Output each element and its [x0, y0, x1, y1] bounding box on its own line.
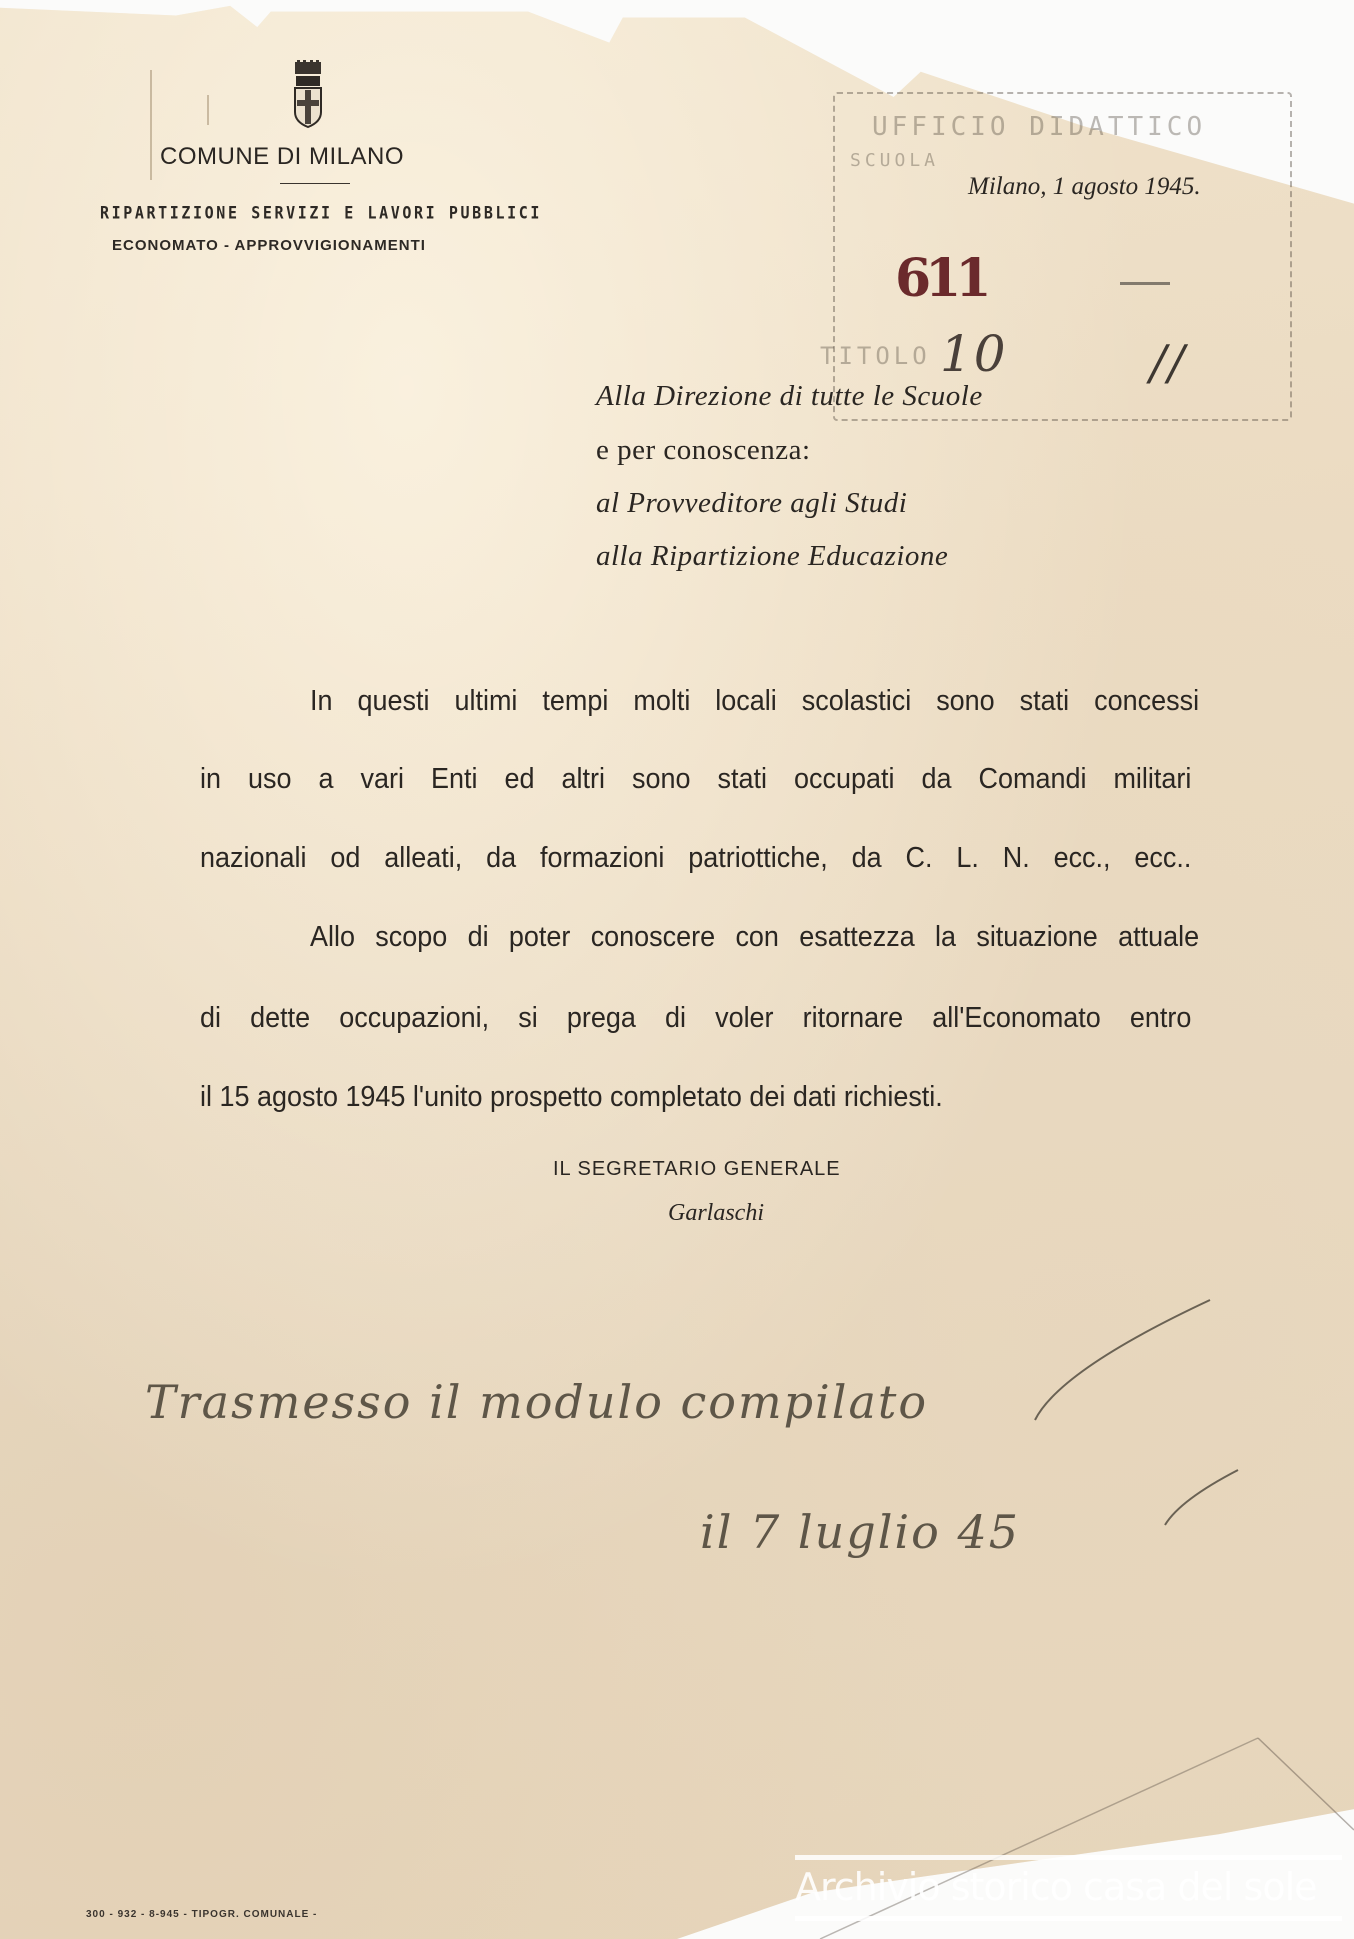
stamp-mark: //	[1150, 335, 1186, 391]
stamp-top-text: UFFICIO DIDATTICO	[872, 112, 1206, 142]
handwritten-note-line2: il 7 luglio 45	[700, 1505, 1020, 1559]
letterhead-department: RIPARTIZIONE SERVIZI E LAVORI PUBBLICI	[100, 203, 542, 224]
printer-code: 300 - 932 - 8-945 - TIPOGR. COMUNALE -	[86, 1909, 317, 1920]
stamp-title-number: 10	[940, 325, 1008, 383]
letter-date: Milano, 1 agosto 1945.	[968, 173, 1201, 201]
stamp-dash	[1120, 282, 1170, 285]
body-line: Allo scopo di poter conoscere con esatte…	[310, 921, 1199, 954]
crease-line	[150, 70, 152, 180]
recipient-cc-label: e per conoscenza:	[596, 434, 811, 467]
letterhead-office: ECONOMATO - APPROVVIGIONAMENTI	[112, 237, 426, 254]
milan-coat-of-arms-icon	[293, 60, 323, 128]
body-line: nazionali od alleati, da formazioni patr…	[200, 842, 1191, 875]
body-line: il 15 agosto 1945 l'unito prospetto comp…	[200, 1081, 1191, 1114]
recipient-cc-2: alla Ripartizione Educazione	[596, 540, 948, 573]
crease-line	[207, 95, 209, 125]
letterhead-title: COMUNE DI MILANO	[160, 143, 404, 171]
body-line: In questi ultimi tempi molti locali scol…	[310, 685, 1199, 718]
body-line: in uso a vari Enti ed altri sono stati o…	[200, 763, 1191, 796]
letterhead-divider	[280, 183, 350, 184]
archive-watermark: Archivio storico casa del sole	[795, 1855, 1342, 1921]
body-line: di dette occupazioni, si prega di voler …	[200, 1002, 1191, 1035]
stamp-left-text: SCUOLA	[850, 150, 939, 171]
recipient-cc-1: al Provveditore agli Studi	[596, 487, 907, 520]
handwritten-note-line1: Trasmesso il modulo compilato	[145, 1375, 928, 1429]
recipient-primary: Alla Direzione di tutte le Scuole	[596, 380, 983, 413]
stamp-bottom-label: TITOLO	[820, 342, 931, 370]
watermark-text: Archivio storico casa del sole	[795, 1865, 1317, 1909]
signature-title: IL SEGRETARIO GENERALE	[553, 1158, 841, 1181]
stamp-protocol-number: 611	[895, 248, 986, 309]
signature-name: Garlaschi	[668, 1200, 764, 1227]
